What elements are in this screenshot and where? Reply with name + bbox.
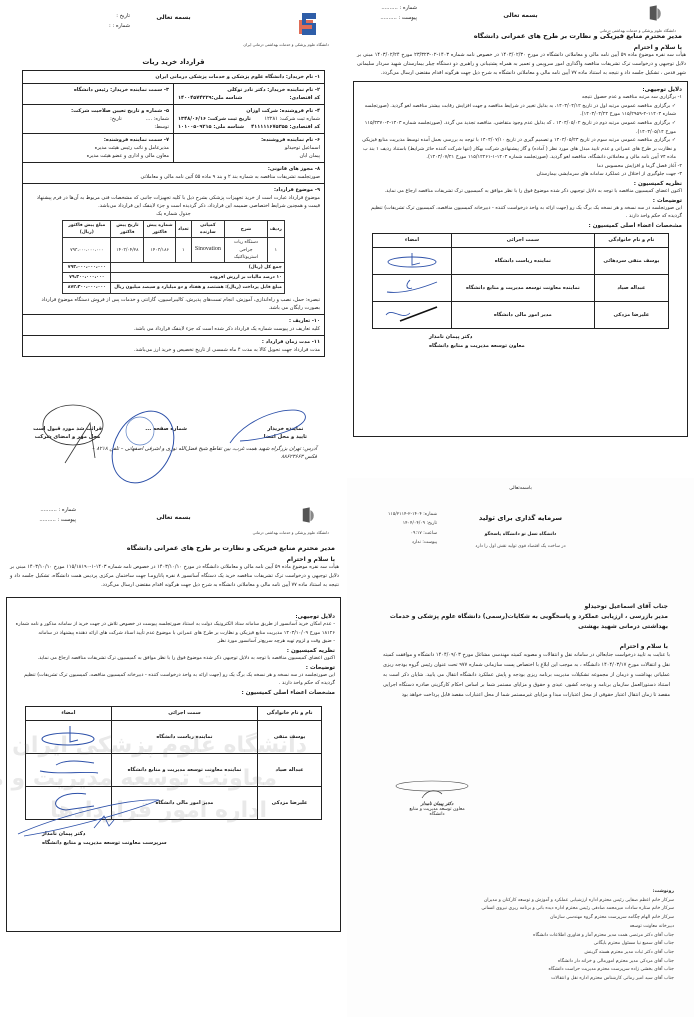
reason-item: ۲- آغاز فصل گرما و افزایش محسوس دما: [359, 162, 682, 171]
page-number: شماره صفحه ...: [145, 425, 187, 433]
date-label: تاریخ :: [70, 12, 130, 22]
seller-rep-1: اسماعیل توحیدلو: [178, 144, 320, 152]
duration-title: ۱۱- مدت زمان قرارداد :: [27, 338, 320, 346]
contract-grid-2: ۱۰- تعاریف : کلیه تعاریف در پیوست شماره …: [22, 315, 325, 357]
letter-greeting: با سلام و احترام: [347, 643, 694, 650]
contract-header: دانشگاه علوم پزشکی و خدمات بهداشتی درمان…: [0, 0, 347, 58]
economic-code-1: کد اقتصادی:: [289, 94, 320, 102]
contract-title: قرارداد خرید ربات: [0, 58, 347, 66]
cc-item: جناب آقای سید امیر رمانی کارشناس محترم ا…: [367, 975, 674, 984]
memo2-title: مدیر محترم منابع فیزیکی و نظارت بر طرح ه…: [0, 544, 347, 552]
memo1-box: دلایل توجیهی: ۱- برگزاری سه مرتبه مناقصه…: [353, 81, 688, 437]
signature-cell: [372, 247, 451, 274]
watermark: معاونت توسعه مدیریت و منابع: [0, 766, 277, 791]
memo2-header: دانشگاه علوم پزشکی و خدمات بهداشتی درمان…: [0, 498, 347, 534]
vat-row: ۱۰ درصد مالیات بر ارزش افزوده ۷۹،۳۰۰،۰۰۰…: [63, 273, 285, 283]
bismillah: بسمه تعالی: [0, 14, 347, 21]
memo1-greeting: با سلام و احترام: [347, 44, 694, 51]
definitions-title: ۱۰- تعاریف :: [27, 317, 320, 325]
table-row: عبداله صیاد نماینده معاونت توسعه مدیریت …: [372, 274, 668, 301]
members-table: نام و نام خانوادگی سمت اجرائی امضاء یوسف…: [372, 233, 669, 329]
contract-note: تبصره: حمل، نصب و راه‌اندازی، آموزش، انج…: [27, 296, 320, 312]
letter-slogan: سرمایه گذاری برای تولید: [347, 514, 694, 522]
logo-caption: دانشگاه علوم پزشکی و خدمات بهداشتی درمان…: [289, 42, 329, 47]
letter-sub-slogan: دانشگاه نسل نو دانشگاه پاسخگو: [347, 532, 694, 537]
members-title: مشخصات اعضاء اصلی کمیسیون :: [359, 223, 682, 229]
signature-icon: [382, 305, 442, 323]
cc-item: جناب آقای بخشی زاده سرپرست محترم مدیریت …: [367, 966, 674, 975]
contract-signature-area: نماینده خریدار تایید و محل امضا شماره صف…: [0, 415, 347, 495]
watermark: دانشگاه علوم پزشکی ایران: [12, 733, 307, 758]
contract-document: دانشگاه علوم پزشکی و خدمات بهداشتی درمان…: [0, 0, 347, 498]
national-id-2: شناسه ملی: ۱۰۱۰۰۵۰۹۲۱۵: [178, 123, 244, 131]
company-address: آدرس: تهران بزرگراه شهید همت غرب، بین تق…: [80, 445, 317, 461]
signature-icon: [392, 778, 472, 800]
memo2-greeting: با سلام و احترام: [0, 556, 347, 563]
date-number-block: تاریخ : شماره : :: [70, 12, 130, 32]
watermark: اداره امور قراردادها: [50, 798, 267, 823]
buyer-sign-block: نماینده خریدار تایید و محل امضا: [264, 425, 307, 441]
economic-code-2: کد اقتصادی: ۴۱۱۱۱۱۶۷۵۳۵۵: [251, 123, 320, 131]
cc-item: سرکار خانم الهام چگامه سرپرست محترم گروه…: [367, 914, 674, 923]
seller-rep-position-1: مدیرعامل و نائب رئیس هیئت مدیره: [27, 144, 169, 152]
reason-item: ۱- برگزاری سه مرتبه مناقصه و عدم حصول نت…: [359, 93, 682, 102]
cc-item: جناب آقای دکتر ثبات مدیر محترم هسته گزین…: [367, 949, 674, 958]
cc-title: رونوشت:: [367, 888, 674, 897]
reason-item: ۳- جهت جلوگیری از اختلال در عملکرد سامان…: [359, 170, 682, 179]
col-proforma-number: شماره پیش فاکتور: [144, 221, 176, 238]
seller-rep-2: پیمان ابان: [178, 152, 320, 160]
payable-row: مبلغ قابل پرداخت (ریال): هشتصد و هفتاد و…: [63, 283, 285, 293]
definitions-text: کلیه تعاریف در پیوست شماره یک قرارداد ذک…: [27, 325, 320, 333]
authority-by: توسط:: [27, 123, 169, 131]
reasons-list: ۱- برگزاری سه مرتبه مناقصه و عدم حصول نت…: [359, 93, 682, 179]
col-manufacturer: کمپانی سازنده: [191, 221, 224, 238]
seller-reps-title: ۶- نام نماینده فروشنده:: [178, 136, 320, 144]
total-row: جمع کل (ریال) ۷۹۳،۰۰۰،۰۰۰،۰۰۰: [63, 262, 285, 272]
reason-item: برگزاری مناقصه عمومی مرتبه دوم در تاریخ …: [359, 119, 682, 136]
subject-title: ۹- موضوع قرارداد:: [27, 186, 320, 194]
reason-item: - ضیق وقت و لزوم تهیه هرچه سریع‌تر آسانس…: [12, 637, 335, 646]
buyer-rep: ۲- نام نماینده خریدار: دکتر نادر توکلی: [178, 86, 320, 94]
memo1-header: دانشگاه علوم پزشکی و خدمات بهداشتی درمان…: [347, 0, 694, 30]
memo-elevator-document: دانشگاه علوم پزشکی ایران معاونت توسعه مد…: [0, 498, 347, 1017]
memo1-title: مدیر محترم منابع فیزیکی و نظارت بر طرح ه…: [347, 32, 694, 40]
subject-text: موضوع قرارداد عبارت است از خرید تجهیزات …: [27, 194, 320, 210]
goods-table: ردیف شرح کمپانی سازنده تعداد شماره پیش ف…: [62, 220, 285, 294]
authority-date: تاریخ:: [110, 115, 122, 123]
legal-text: صورتجلسه تشریفات مناقصه به شماره بند ۲ و…: [27, 173, 320, 181]
members-title: مشخصات اعضاء اصلی کمیسیون :: [12, 690, 335, 696]
cc-item: جناب آقای مزدکی مدیر محترم امورمالی و خز…: [367, 958, 674, 967]
memo2-intro: هیأت سه نفره موضوع ماده ۵۹ آیین نامه مال…: [0, 563, 347, 589]
number-label: شماره : :: [70, 22, 130, 32]
committee-opinion: اکنون اعضای کمیسیون مناقصه با توجه به دل…: [12, 654, 335, 663]
table-row: علیرضا مزدکی مدیر امور مالی دانشگاه: [372, 301, 668, 328]
buyer-rep-position: ۳- سمت نماینده خریدار: رئیس دانشگاه: [27, 86, 169, 94]
letter-bismillah: باسمه‌تعالی: [347, 486, 694, 491]
cc-item: دبیرخانه معاونت توسعه: [367, 923, 674, 932]
col-quantity: تعداد: [176, 221, 192, 238]
col-proforma-amount: مبلغ پیش فاکتور (ریال): [63, 221, 111, 238]
letter-cc-list: رونوشت: سرکار خانم اعظم صفایی رئیس محترم…: [367, 888, 674, 984]
seller-rep-position-2: معاون مالی و اداری و عضو هیئت مدیره: [27, 152, 169, 160]
table-caption: جدول شماره یک: [27, 210, 320, 218]
letter-body: با عنایت به تایید درخواست جنابعالی در سا…: [347, 650, 694, 700]
col-proforma-date: تاریخ پیش فاکتور: [111, 221, 144, 238]
seller-reg-no: شماره ثبت شرکت: ۱۲۲۸۱: [264, 115, 320, 123]
members-header: نام و نام خانوادگی سمت اجرائی امضاء: [25, 706, 321, 720]
memo2-box: دلایل توجیهی: - عدم امکان خرید آسانسور ا…: [6, 597, 341, 932]
letter-header: باسمه‌تعالی شماره: ۱۴۰۴-۲-۱۱۵/۲۱۱۴ تاریخ…: [347, 478, 694, 558]
national-id-1: شناسه ملی:۱۴۰۰۴۵۷۴۲۲۹: [178, 94, 242, 102]
cc-item: سرکار خانم اعظم صفایی رئیس محترم اداره ا…: [367, 897, 674, 906]
memo-chiller-document: دانشگاه علوم پزشکی و خدمات بهداشتی درمان…: [347, 0, 694, 478]
signature-cell: [372, 301, 451, 328]
reason-item: برگزاری مناقصه عمومی مرتبه اول در تاریخ …: [359, 102, 682, 119]
seller-reg-date: تاریخ ثبت شرکت: ۱۳۴۸/۰۶/۱۶: [178, 115, 251, 123]
col-row: ردیف: [267, 221, 284, 238]
signature-icon: [382, 278, 442, 296]
cc-item: جناب آقای دکتر مرتضی همت مدیر محترم آمار…: [367, 932, 674, 941]
committee-opinion: اکنون اعضای کمیسیون مناقصه با توجه به دل…: [359, 187, 682, 196]
cc-item: سرکار خانم ستاره سادات میرمحمد صادقی رئی…: [367, 905, 674, 914]
duration-text: مدت قرارداد جهت تحویل کالا به مدت ۴ ماه …: [27, 346, 320, 354]
letter-signature: دکتر پیمان نامدار معاون توسعه مدیریت و م…: [402, 778, 472, 817]
members-header: نام و نام خانوادگی سمت اجرائی امضاء: [372, 233, 668, 247]
transfer-letter-document: باسمه‌تعالی شماره: ۱۴۰۴-۲-۱۱۵/۲۱۱۴ تاریخ…: [347, 478, 694, 1017]
legal-title: ۸- مجوز های قانونی:: [27, 165, 320, 173]
signature-icon: [382, 251, 442, 269]
seller-sign-block: قرائت شد مورد قبول است محل مهر و امضای ش…: [33, 425, 102, 441]
explanations: این صورتجلسه در سه نسخه و هر نسخه یک برگ…: [12, 671, 335, 688]
signature-cell: [372, 274, 451, 301]
contract-grid: ۱- نام خریدار: دانشگاه علوم پزشکی و خدما…: [22, 70, 325, 315]
letter-sub-slogan-2: در ساخت یک اقتصاد قوی تولید نقش اول را د…: [347, 544, 694, 549]
table-row: ۱ دستگاه ربات جراحی استریوتاکتیک Sinovat…: [63, 238, 285, 263]
authority-title: ۵- شماره و تاریخ تعیین صلاحیت شرکت:: [27, 107, 169, 115]
memo2-signatory: دکتر پیمان نامدار سرپرست معاونت توسعه مد…: [12, 830, 335, 848]
cc-item: جناب آقای سمیع نیا مسئول محترم بایگانی: [367, 940, 674, 949]
table-row: یوسف متقی سردهائی نماینده ریاست دانشگاه: [372, 247, 668, 274]
col-description: شرح: [225, 221, 268, 238]
memo1-signatory: دکتر پیمان نامدار معاون توسعه مدیریت و م…: [359, 333, 682, 351]
reason-item: برگزاری مناقصه عمومی مرتبه سوم در تاریخ …: [359, 136, 682, 162]
memo1-intro: هیأت سه نفره موضوع ماده ۵۹ آیین نامه مال…: [347, 51, 694, 77]
letter-addressee: جناب آقای اسماعیل توحیدلو مدیر بازرسی ، …: [347, 602, 694, 633]
memo1-meta: شماره : .......... پیوست : ..........: [357, 4, 417, 24]
goods-table-header: ردیف شرح کمپانی سازنده تعداد شماره پیش ف…: [63, 221, 285, 238]
authority-number: شماره: ....: [146, 115, 169, 123]
explanations: این صورتجلسه در سه نسخه و هر نسخه یک برگ…: [359, 204, 682, 221]
seller-name: ۴- نام فروشنده: شرکت اوزان: [178, 107, 320, 115]
memo2-meta: شماره : .......... پیوست : ..........: [16, 506, 76, 526]
seller-reps-position-title: ۷- سمت نماینده فروشنده:: [27, 136, 169, 144]
reason-item: - عدم امکان خرید آسانسور از طریق سامانه …: [12, 620, 335, 637]
buyer-row: ۱- نام خریدار: دانشگاه علوم پزشکی و خدما…: [23, 71, 324, 84]
